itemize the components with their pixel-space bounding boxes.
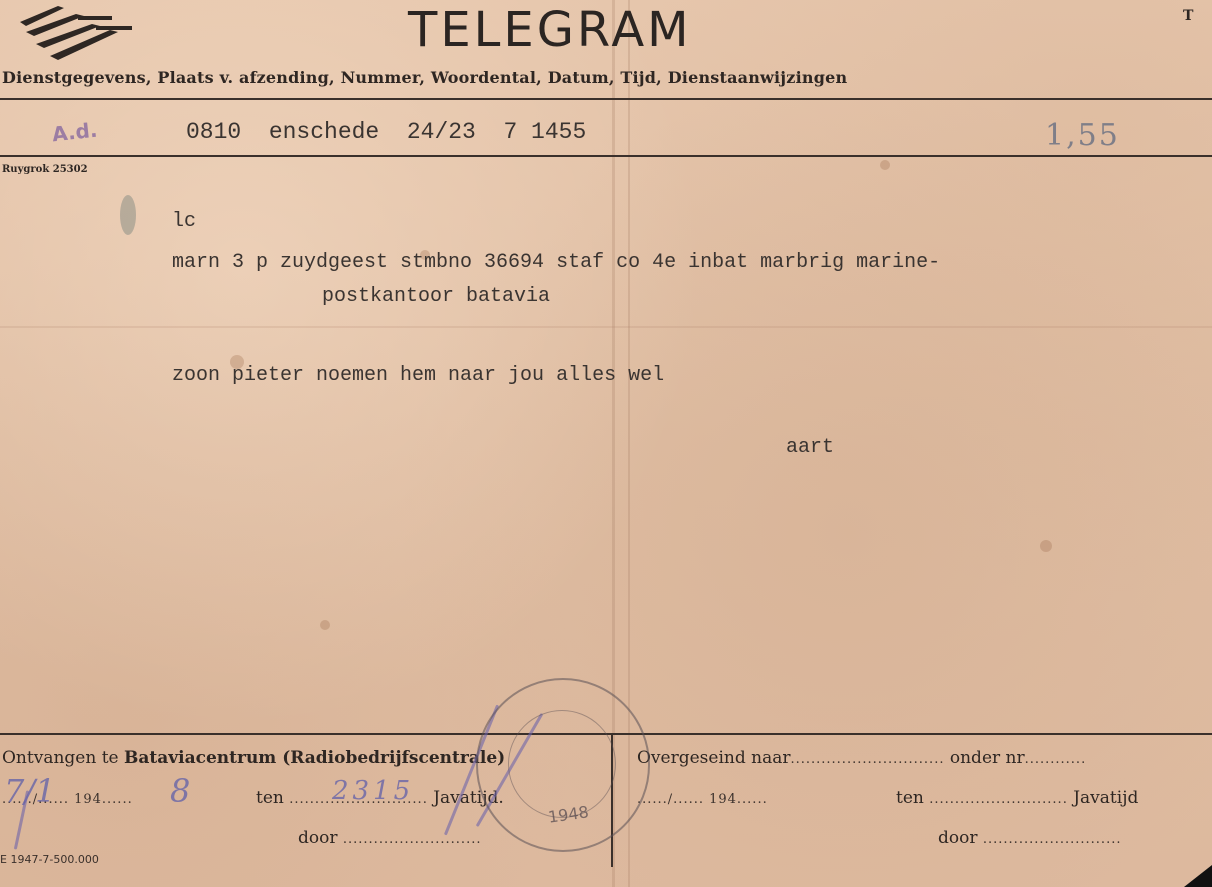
priority-indicator: lc: [172, 210, 196, 233]
service-rule: [0, 155, 1212, 157]
address-line-2: postkantoor batavia: [322, 285, 550, 308]
telegram-title: TELEGRAM: [408, 2, 692, 58]
handwritten-received-time: 2315: [332, 776, 414, 806]
stain: [1040, 540, 1052, 552]
printer-mark: Ruygrok 25302: [2, 164, 88, 175]
forwarded-date-field: ....../...... 194......: [637, 788, 768, 808]
form-print-code: E 1947-7-500.000: [0, 853, 99, 866]
paper-fold: [0, 326, 1212, 328]
message-body: zoon pieter noemen hem naar jou alles we…: [172, 364, 664, 387]
received-label: Ontvangen te Bataviacentrum (Radiobedrij…: [2, 748, 505, 768]
header-rule: [0, 98, 1212, 100]
forwarded-time-field: ten ........................... Javatijd: [896, 788, 1138, 808]
corner-mark: T: [1183, 8, 1193, 24]
handwritten-received-date: 7/1: [4, 772, 56, 810]
ink-stain: [120, 195, 136, 235]
received-by-field: door ...........................: [298, 828, 481, 848]
forwarded-label: Overgeseind naar........................…: [637, 748, 1086, 768]
handwritten-word-count: 1,55: [1045, 118, 1120, 153]
service-line: 0810 enschede 24/23 7 1455: [186, 119, 586, 145]
header-fields-label: Dienstgegevens, Plaats v. afzending, Num…: [2, 68, 847, 87]
stain: [320, 620, 330, 630]
address-line-1: marn 3 p zuydgeest stmbno 36694 staf co …: [172, 251, 940, 274]
stain: [880, 160, 890, 170]
forwarded-by-field: door ...........................: [938, 828, 1121, 848]
winged-telegraph-logo-icon: [14, 4, 134, 64]
torn-corner: [1184, 865, 1212, 887]
postmark-stamp: [476, 678, 650, 852]
received-stamp: A.d.: [51, 118, 99, 147]
signature: aart: [786, 436, 834, 459]
handwritten-received-year: 8: [170, 772, 190, 810]
postmark-inner-ring: [508, 710, 616, 818]
